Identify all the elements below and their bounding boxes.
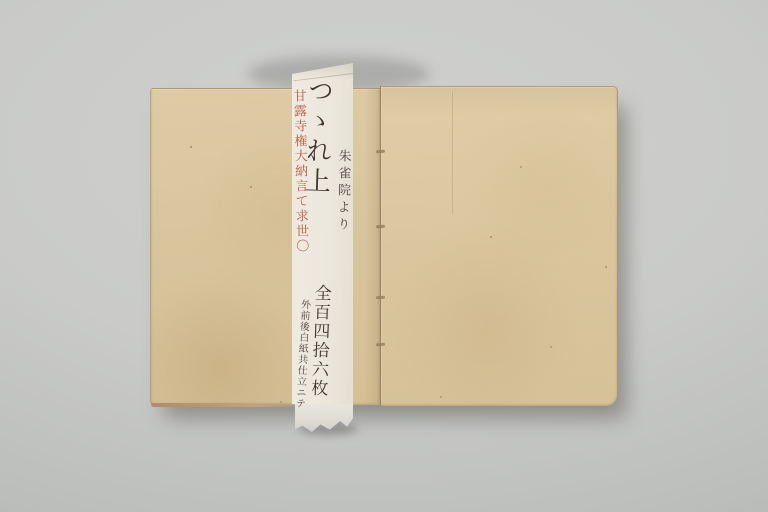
spine-shading — [364, 88, 380, 404]
stitch-mark — [376, 150, 385, 154]
photo-stage: 甘露寺権大納言て求世〇 つゝれ上 朱雀院より 全百四拾六枚 外前後白紙共仕立ニテ — [0, 0, 768, 512]
spine-crease — [380, 86, 381, 405]
slip-black-annotation: 朱雀院より — [335, 149, 349, 234]
stitch-mark — [376, 225, 385, 229]
slip-main-title: つゝれ上 — [302, 77, 332, 198]
cover-scratch — [452, 92, 453, 214]
slip-sheet-count: 全百四拾六枚 — [308, 284, 329, 399]
manuscript-book — [150, 86, 617, 405]
foxing-speckles — [190, 146, 192, 148]
right-cover — [380, 86, 618, 406]
stitch-mark — [376, 343, 385, 347]
stitch-mark — [376, 296, 385, 300]
